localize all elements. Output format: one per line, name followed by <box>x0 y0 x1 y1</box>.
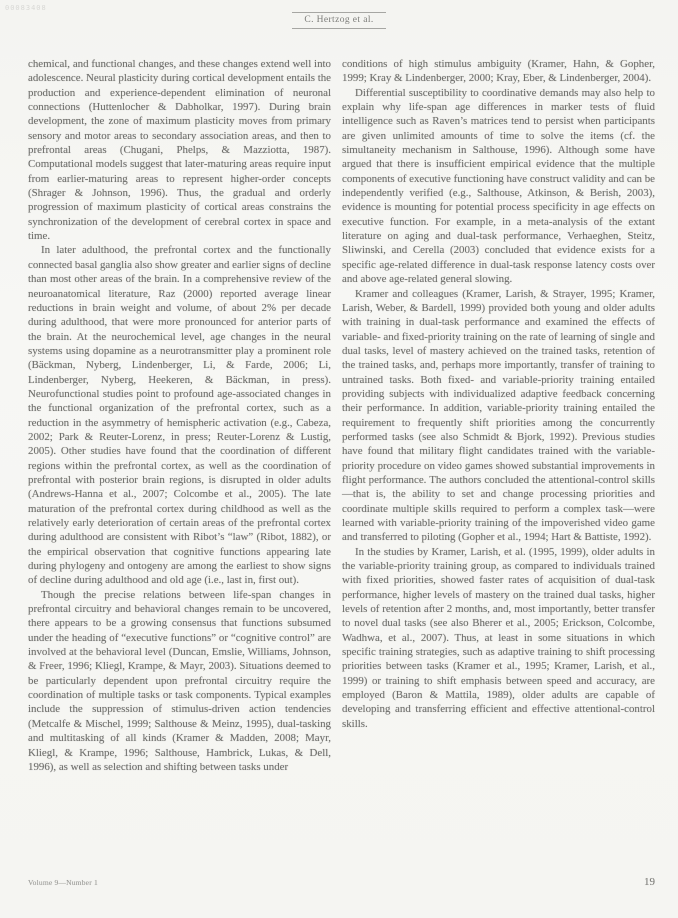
paragraph: In later adulthood, the prefrontal corte… <box>28 243 331 587</box>
right-column: conditions of high stimulus ambiguity (K… <box>342 57 655 774</box>
paragraph: Kramer and colleagues (Kramer, Larish, &… <box>342 287 655 545</box>
volume-info: Volume 9—Number 1 <box>28 878 98 887</box>
running-head-text: C. Hertzog et al. <box>292 12 385 29</box>
journal-page: 00083408 C. Hertzog et al. chemical, and… <box>0 0 678 918</box>
paragraph: conditions of high stimulus ambiguity (K… <box>342 57 655 86</box>
page-number: 19 <box>644 876 655 888</box>
paragraph: Though the precise relations between lif… <box>28 588 331 774</box>
paragraph: chemical, and functional changes, and th… <box>28 57 331 243</box>
article-body: chemical, and functional changes, and th… <box>28 57 655 774</box>
page-footer: Volume 9—Number 1 19 <box>28 876 655 888</box>
paragraph: Differential susceptibility to coordinat… <box>342 86 655 287</box>
paragraph: In the studies by Kramer, Larish, et al.… <box>342 545 655 731</box>
running-head: C. Hertzog et al. <box>0 9 678 29</box>
left-column: chemical, and functional changes, and th… <box>28 57 331 774</box>
